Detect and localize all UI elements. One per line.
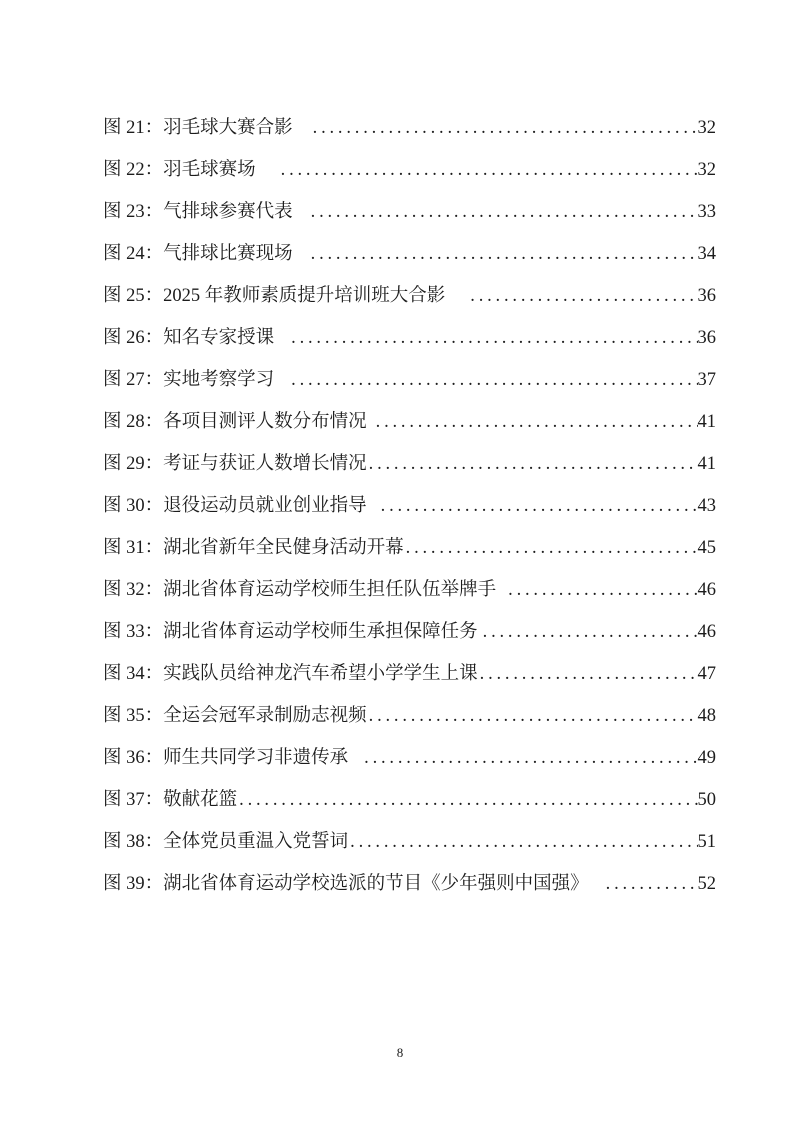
figure-label: 图 30：退役运动员就业创业指导 (103, 485, 367, 527)
dot-leader (406, 527, 698, 569)
figure-entry: 图 28：各项目测评人数分布情况 41 (103, 401, 716, 443)
figure-label: 图 31：湖北省新年全民健身活动开幕 (103, 527, 404, 569)
dot-leader (369, 443, 698, 485)
figure-entry: 图 32：湖北省体育运动学校师生担任队伍举牌手 46 (103, 569, 716, 611)
dot-leader (239, 779, 697, 821)
figure-label: 图 39：湖北省体育运动学校选派的节目《少年强则中国强》 (103, 863, 589, 905)
figure-page-number: 49 (698, 737, 717, 779)
figure-label: 图 28：各项目测评人数分布情况 (103, 401, 367, 443)
dot-leader (470, 275, 697, 317)
figure-page-number: 45 (698, 527, 717, 569)
dot-leader (311, 191, 698, 233)
figure-label: 图 33：湖北省体育运动学校师生承担保障任务 (103, 611, 478, 653)
figure-label: 图 27：实地考察学习 (103, 359, 274, 401)
figure-entry: 图 37：敬献花篮 50 (103, 779, 716, 821)
figure-entry: 图 38：全体党员重温入党誓词 51 (103, 821, 716, 863)
figure-page-number: 43 (698, 485, 717, 527)
figure-page-number: 51 (698, 821, 717, 863)
page-footer: 8 (0, 1044, 800, 1062)
dot-leader (480, 653, 698, 695)
figure-entry: 图 29：考证与获证人数增长情况 41 (103, 443, 716, 485)
dot-leader (483, 611, 698, 653)
figure-entry: 图 24：气排球比赛现场 34 (103, 233, 716, 275)
figure-label: 图 32：湖北省体育运动学校师生担任队伍举牌手 (103, 569, 496, 611)
figure-entry: 图 35：全运会冠军录制励志视频 48 (103, 695, 716, 737)
figure-entry: 图 26：知名专家授课 36 (103, 317, 716, 359)
figure-entry: 图 23：气排球参赛代表 33 (103, 191, 716, 233)
figure-entry: 图 36：师生共同学习非遗传承 49 (103, 737, 716, 779)
figure-entry: 图 22：羽毛球赛场 32 (103, 149, 716, 191)
figure-page-number: 50 (698, 779, 717, 821)
figure-label: 图 23：气排球参赛代表 (103, 191, 293, 233)
dot-leader (291, 317, 697, 359)
dot-leader (376, 401, 698, 443)
document-page: 图 21：羽毛球大赛合影 32 图 22：羽毛球赛场 32 图 23：气排球参赛… (0, 0, 800, 1131)
figure-entry: 图 31：湖北省新年全民健身活动开幕 45 (103, 527, 716, 569)
dot-leader (311, 233, 698, 275)
figure-label: 图 22：羽毛球赛场 (103, 149, 256, 191)
figure-entry: 图 25：2025 年教师素质提升培训班大合影 36 (103, 275, 716, 317)
dot-leader (281, 149, 698, 191)
figure-label: 图 25：2025 年教师素质提升培训班大合影 (103, 275, 445, 317)
figure-entry: 图 34：实践队员给神龙汽车希望小学学生上课 47 (103, 653, 716, 695)
figure-label: 图 35：全运会冠军录制励志视频 (103, 695, 367, 737)
figure-entry: 图 33：湖北省体育运动学校师生承担保障任务 46 (103, 611, 716, 653)
figure-page-number: 36 (698, 317, 717, 359)
figure-entry: 图 21：羽毛球大赛合影 32 (103, 107, 716, 149)
figure-label: 图 37：敬献花篮 (103, 779, 237, 821)
figure-page-number: 32 (698, 149, 717, 191)
figure-page-number: 41 (698, 443, 717, 485)
dot-leader (381, 485, 698, 527)
list-of-figures: 图 21：羽毛球大赛合影 32 图 22：羽毛球赛场 32 图 23：气排球参赛… (103, 107, 716, 905)
dot-leader (364, 737, 697, 779)
page-number: 8 (397, 1045, 404, 1060)
figure-page-number: 32 (698, 107, 717, 149)
figure-page-number: 41 (698, 401, 717, 443)
figure-page-number: 36 (698, 275, 717, 317)
figure-page-number: 52 (698, 863, 717, 905)
figure-page-number: 48 (698, 695, 717, 737)
figure-page-number: 46 (698, 569, 717, 611)
figure-page-number: 34 (698, 233, 717, 275)
figure-label: 图 34：实践队员给神龙汽车希望小学学生上课 (103, 653, 478, 695)
figure-label: 图 38：全体党员重温入党誓词 (103, 821, 348, 863)
figure-page-number: 33 (698, 191, 717, 233)
figure-entry: 图 30：退役运动员就业创业指导 43 (103, 485, 716, 527)
figure-label: 图 29：考证与获证人数增长情况 (103, 443, 367, 485)
figure-entry: 图 39：湖北省体育运动学校选派的节目《少年强则中国强》 52 (103, 863, 716, 905)
dot-leader (291, 359, 697, 401)
figure-label: 图 26：知名专家授课 (103, 317, 274, 359)
dot-leader (606, 863, 698, 905)
dot-leader (313, 107, 698, 149)
figure-label: 图 36：师生共同学习非遗传承 (103, 737, 348, 779)
figure-page-number: 47 (698, 653, 717, 695)
figure-label: 图 21：羽毛球大赛合影 (103, 107, 293, 149)
figure-page-number: 37 (698, 359, 717, 401)
figure-entry: 图 27：实地考察学习 37 (103, 359, 716, 401)
dot-leader (508, 569, 697, 611)
figure-page-number: 46 (698, 611, 717, 653)
dot-leader (350, 821, 697, 863)
figure-label: 图 24：气排球比赛现场 (103, 233, 293, 275)
dot-leader (369, 695, 698, 737)
